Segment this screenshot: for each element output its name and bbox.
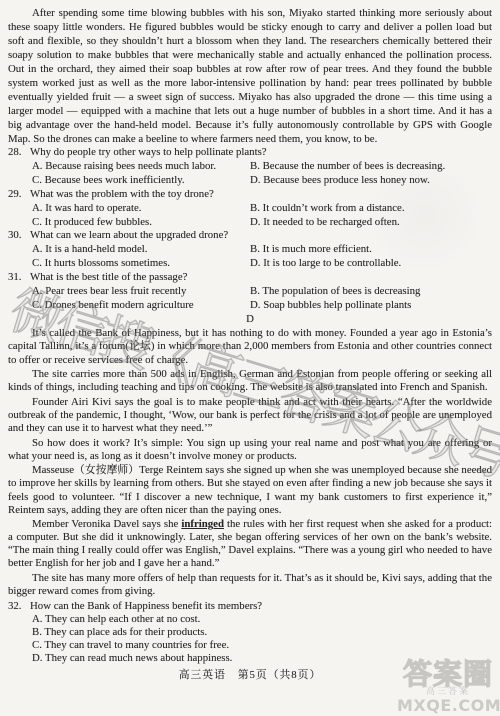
question-30-option-b: B. It is much more efficient.	[250, 243, 492, 257]
question-32-number: 32.	[8, 600, 30, 613]
question-28-text: Why do people try other ways to help pol…	[30, 146, 267, 158]
page-footer: 高三英语 第5页（共8页）	[8, 668, 492, 682]
passage2-paragraph-1: It’s called the Bank of Happiness, but i…	[8, 327, 492, 366]
paragraph-6-before: Member Veronika Davel says she	[32, 518, 181, 530]
question-28-number: 28.	[8, 146, 30, 160]
question-29-text: What was the problem with the toy drone?	[30, 188, 214, 200]
question-29-stem: 29.What was the problem with the toy dro…	[8, 188, 492, 202]
question-32-option-c: C. They can travel to many countries for…	[8, 639, 492, 652]
passage2-paragraph-7: The site has many more offers of help th…	[8, 572, 492, 598]
question-28-option-a: A. Because raising bees needs much labor…	[32, 160, 250, 174]
question-30-options: A. It is a hand-held model. B. It is muc…	[8, 243, 492, 271]
question-32-option-b: B. They can place ads for their products…	[8, 626, 492, 639]
question-31-number: 31.	[8, 271, 30, 285]
passage2-paragraph-5: Masseuse（女按摩师）Terge Reintem says she sig…	[8, 464, 492, 516]
question-32-option-d: D. They can read much news about happine…	[8, 652, 492, 665]
passage2-paragraph-4: So how does it work? It’s simple: You si…	[8, 437, 492, 463]
question-28: 28.Why do people try other ways to help …	[8, 146, 492, 188]
question-29: 29.What was the problem with the toy dro…	[8, 188, 492, 230]
question-29-option-c: C. It produced few bubbles.	[32, 216, 250, 230]
question-28-stem: 28.Why do people try other ways to help …	[8, 146, 492, 160]
question-29-number: 29.	[8, 188, 30, 202]
question-30-text: What can we learn about the upgraded dro…	[30, 229, 228, 241]
question-30-option-d: D. It is too large to be controllable.	[250, 257, 492, 271]
question-29-option-a: A. It was hard to operate.	[32, 202, 250, 216]
question-32-text: How can the Bank of Happiness benefit it…	[30, 600, 262, 612]
question-30-option-a: A. It is a hand-held model.	[32, 243, 250, 257]
question-29-option-b: B. It couldn’t work from a distance.	[250, 202, 492, 216]
logo-subtitle-text: 高三答案	[397, 687, 499, 697]
keyword-infringed: infringed	[181, 518, 224, 530]
question-31-option-a: A. Pear trees bear less fruit recently	[32, 285, 250, 299]
exam-page: 微信搜《高三答案公众号》 After spending some time bl…	[0, 0, 500, 716]
question-30-stem: 30.What can we learn about the upgraded …	[8, 229, 492, 243]
passage2-paragraph-6: Member Veronika Davel says she infringed…	[8, 518, 492, 570]
question-32: 32.How can the Bank of Happiness benefit…	[8, 600, 492, 665]
question-28-option-d: D. Because bees produce less honey now.	[250, 174, 492, 188]
question-28-options: A. Because raising bees needs much labor…	[8, 160, 492, 188]
question-31-options: A. Pear trees bear less fruit recently B…	[8, 285, 492, 313]
question-31: 31.What is the best title of the passage…	[8, 271, 492, 313]
question-32-stem: 32.How can the Bank of Happiness benefit…	[8, 600, 492, 613]
question-31-option-b: B. The population of bees is decreasing	[250, 285, 492, 299]
section-d-marker: D	[8, 313, 492, 326]
question-31-text: What is the best title of the passage?	[30, 271, 187, 283]
passage1-paragraph: After spending some time blowing bubbles…	[8, 6, 492, 146]
passage2-paragraph-2: The site carries more than 500 ads in En…	[8, 368, 492, 394]
question-31-stem: 31.What is the best title of the passage…	[8, 271, 492, 285]
question-29-options: A. It was hard to operate. B. It couldn’…	[8, 202, 492, 230]
question-30-option-c: C. It hurts blossoms sometimes.	[32, 257, 250, 271]
question-30-number: 30.	[8, 229, 30, 243]
question-31-option-d: D. Soap bubbles help pollinate plants	[250, 299, 492, 313]
passage2-paragraph-3: Founder Airi Kivi says the goal is to ma…	[8, 396, 492, 435]
question-30: 30.What can we learn about the upgraded …	[8, 229, 492, 271]
logo-site-url: MXQE.COM	[397, 697, 499, 714]
question-32-option-a: A. They can help each other at no cost.	[8, 613, 492, 626]
question-31-option-c: C. Drones benefit modern agriculture	[32, 299, 250, 313]
page-content: After spending some time blowing bubbles…	[0, 0, 500, 682]
question-28-option-c: C. Because bees work inefficiently.	[32, 174, 250, 188]
question-28-option-b: B. Because the number of bees is decreas…	[250, 160, 492, 174]
question-29-option-d: D. It needed to be recharged often.	[250, 216, 492, 230]
